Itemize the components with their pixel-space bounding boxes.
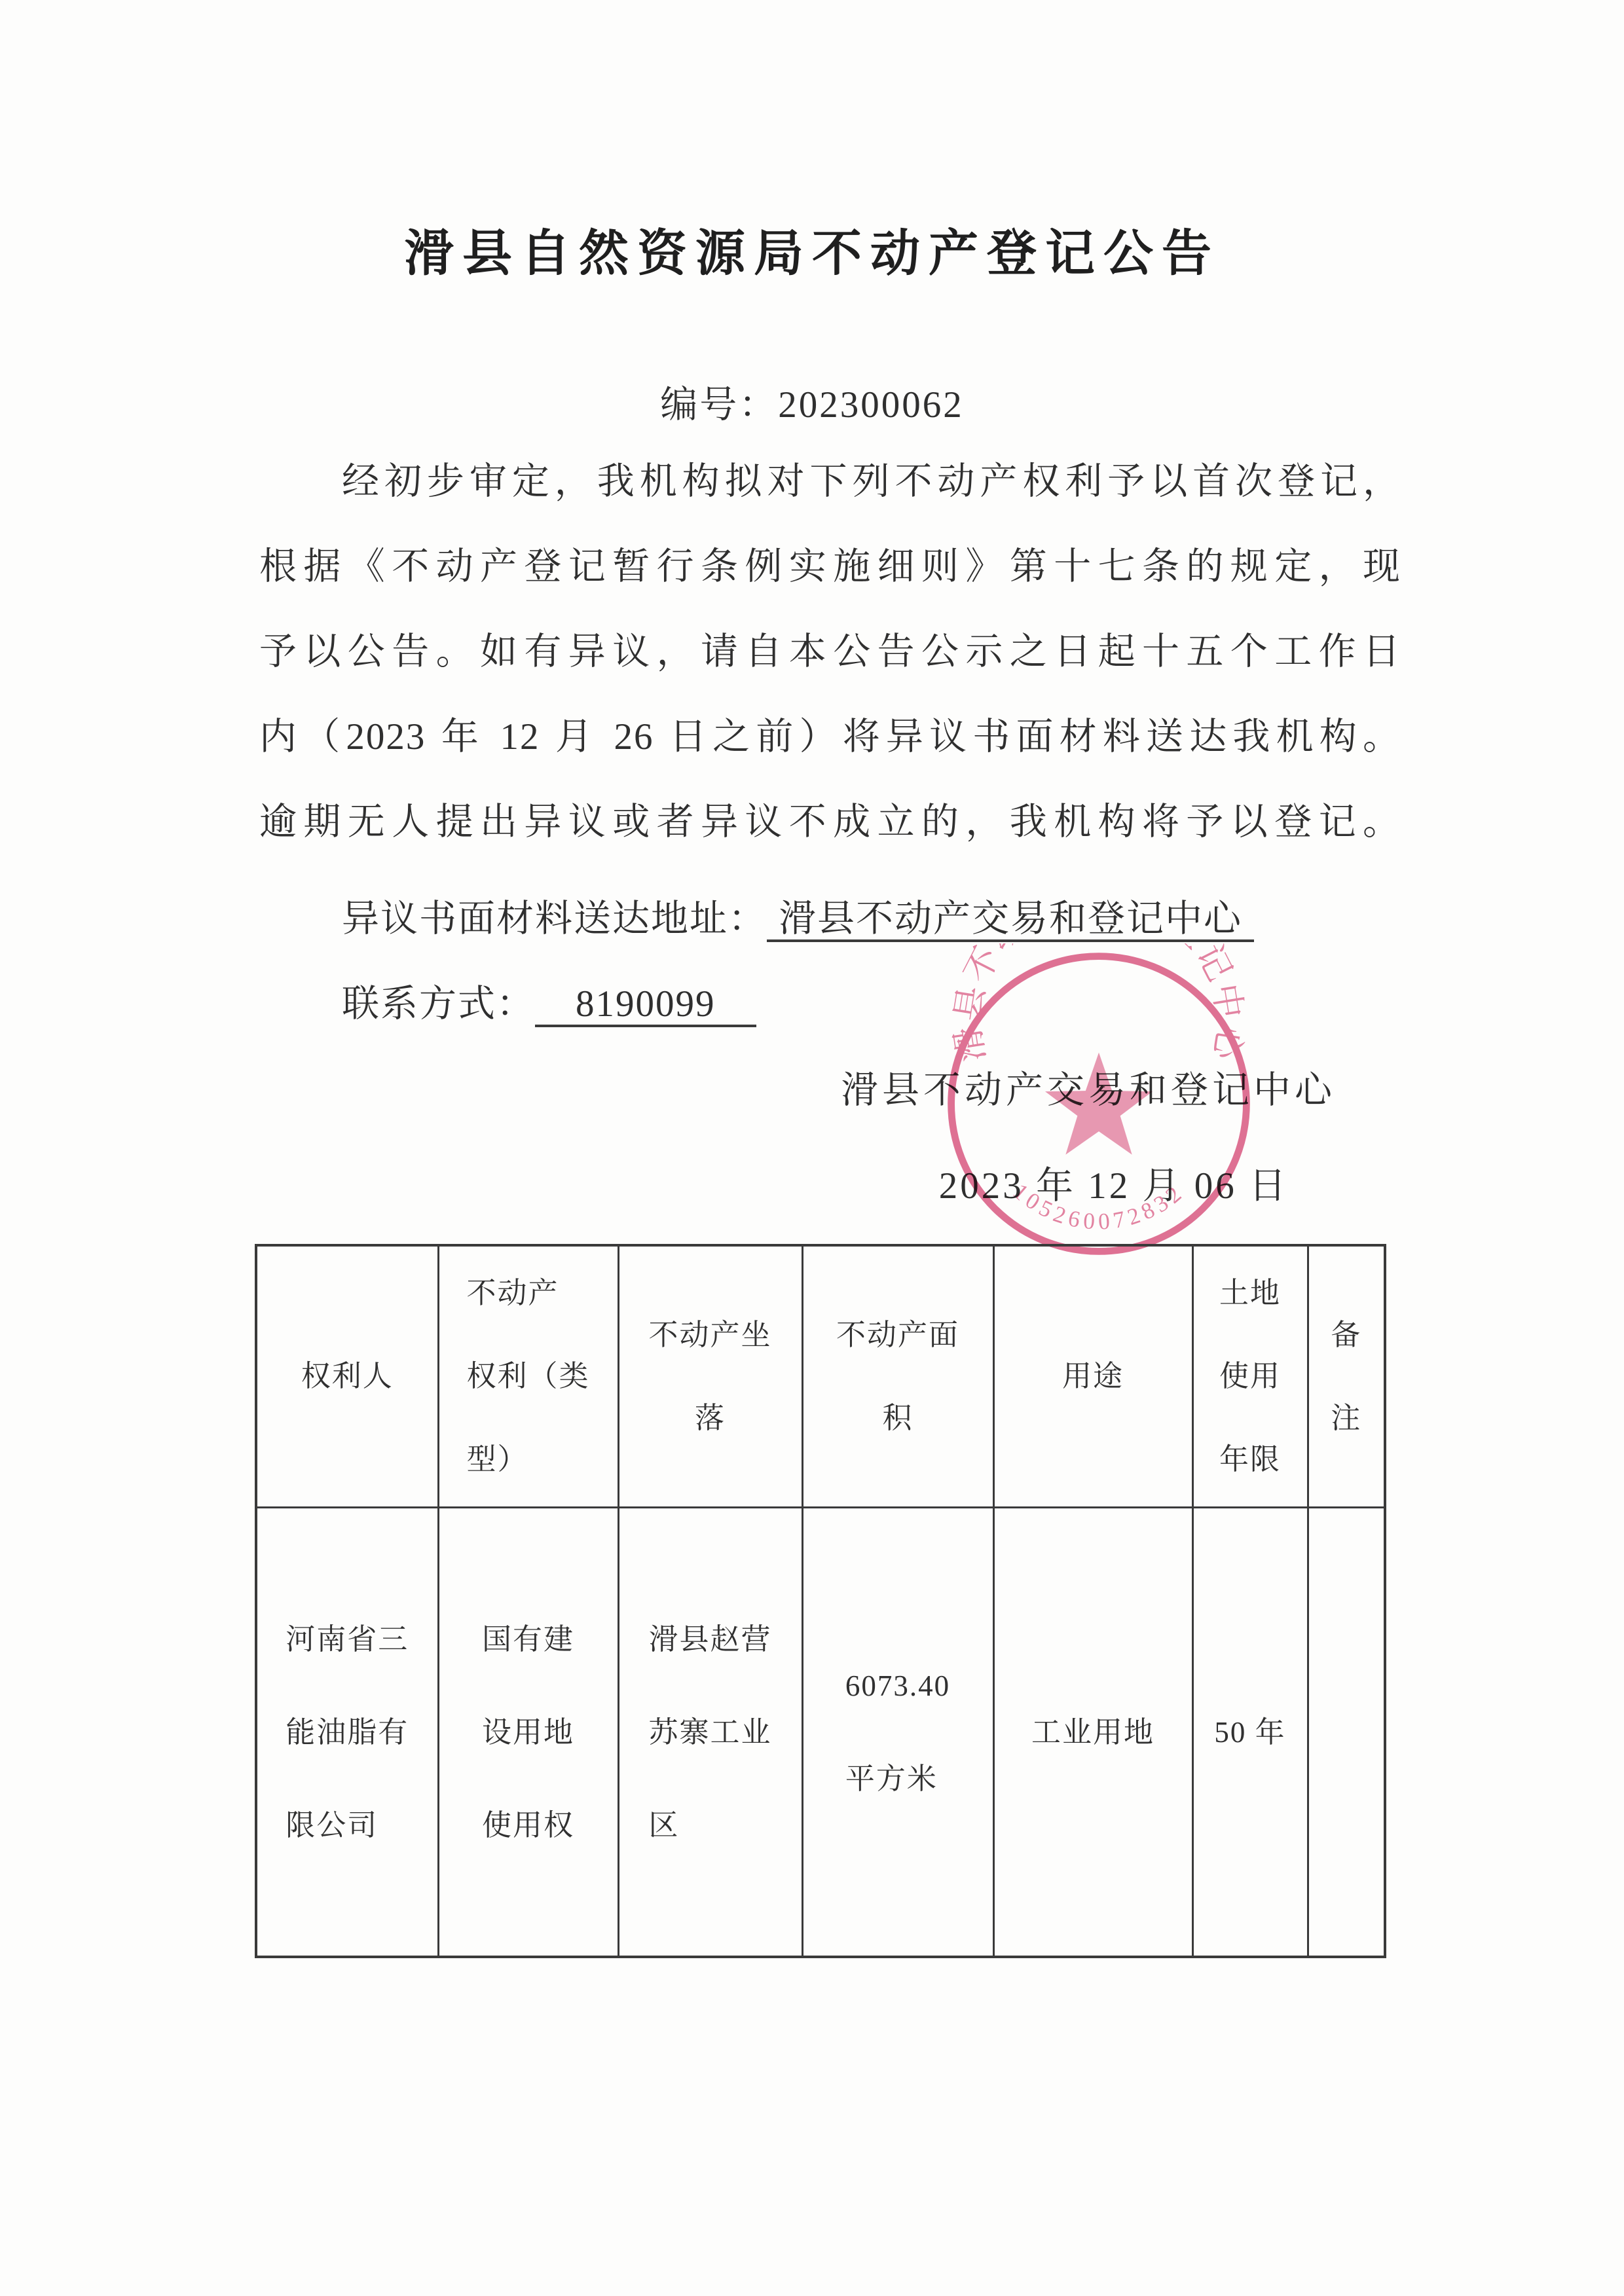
address-line: 异议书面材料送达地址：滑县不动产交易和登记中心: [259, 877, 1401, 962]
body-line: 逾期无人提出异议或者异议不成立的，我机构将予以登记。: [259, 780, 1401, 865]
contact-value: 8190099: [535, 983, 756, 1027]
table-row: 河南省三 能油脂有 限公司 国有建 设用地 使用权 滑县赵营 苏寨工业 区 60…: [256, 1508, 1385, 1958]
cell-right-type: 国有建 设用地 使用权: [438, 1508, 618, 1958]
cell-area: 6073.40 平方米: [802, 1508, 993, 1958]
header-right-type: 不动产 权利（类 型）: [438, 1245, 618, 1508]
body-line: 根据《不动产登记暂行条例实施细则》第十七条的规定，现: [259, 524, 1401, 610]
body-line: 内（2023 年 12 月 26 日之前）将异议书面材料送达我机构。: [259, 695, 1401, 780]
cell-right-holder: 河南省三 能油脂有 限公司: [256, 1508, 438, 1958]
header-remarks: 备 注: [1308, 1245, 1385, 1508]
cell-remarks: [1308, 1508, 1385, 1958]
body-line: 予以公告。如有异议，请自本公告公示之日起十五个工作日: [259, 610, 1401, 695]
address-label: 异议书面材料送达地址：: [342, 898, 767, 939]
announcement-page: 滑县自然资源局不动产登记公告 编号：202300062 经初步审定，我机构拟对下…: [0, 0, 1624, 2296]
issuer-signature: 滑县不动产交易和登记中心: [259, 1048, 1401, 1133]
body-text: 经初步审定，我机构拟对下列不动产权利予以首次登记， 根据《不动产登记暂行条例实施…: [259, 439, 1401, 1229]
header-location: 不动产坐 落: [618, 1245, 802, 1508]
page-title: 滑县自然资源局不动产登记公告: [0, 213, 1624, 285]
header-usage: 用途: [993, 1245, 1192, 1508]
doc-number: 编号：202300062: [0, 374, 1624, 428]
issue-date: 2023 年 12 月 06 日: [259, 1144, 1401, 1229]
header-land-term: 土地 使用 年限: [1192, 1245, 1308, 1508]
contact-line: 联系方式：8190099: [259, 962, 1401, 1047]
header-right-holder: 权利人: [256, 1245, 438, 1508]
cell-usage: 工业用地: [993, 1508, 1192, 1958]
body-line: 经初步审定，我机构拟对下列不动产权利予以首次登记，: [259, 439, 1401, 524]
contact-label: 联系方式：: [342, 983, 535, 1025]
cell-location: 滑县赵营 苏寨工业 区: [618, 1508, 802, 1958]
header-area: 不动产面 积: [802, 1245, 993, 1508]
address-value: 滑县不动产交易和登记中心: [767, 898, 1254, 942]
cell-land-term: 50 年: [1192, 1508, 1308, 1958]
table-header-row: 权利人 不动产 权利（类 型） 不动产坐 落 不动产面 积 用途 土地 使用 年…: [256, 1245, 1385, 1508]
registration-table: 权利人 不动产 权利（类 型） 不动产坐 落 不动产面 积 用途 土地 使用 年…: [255, 1244, 1386, 1958]
